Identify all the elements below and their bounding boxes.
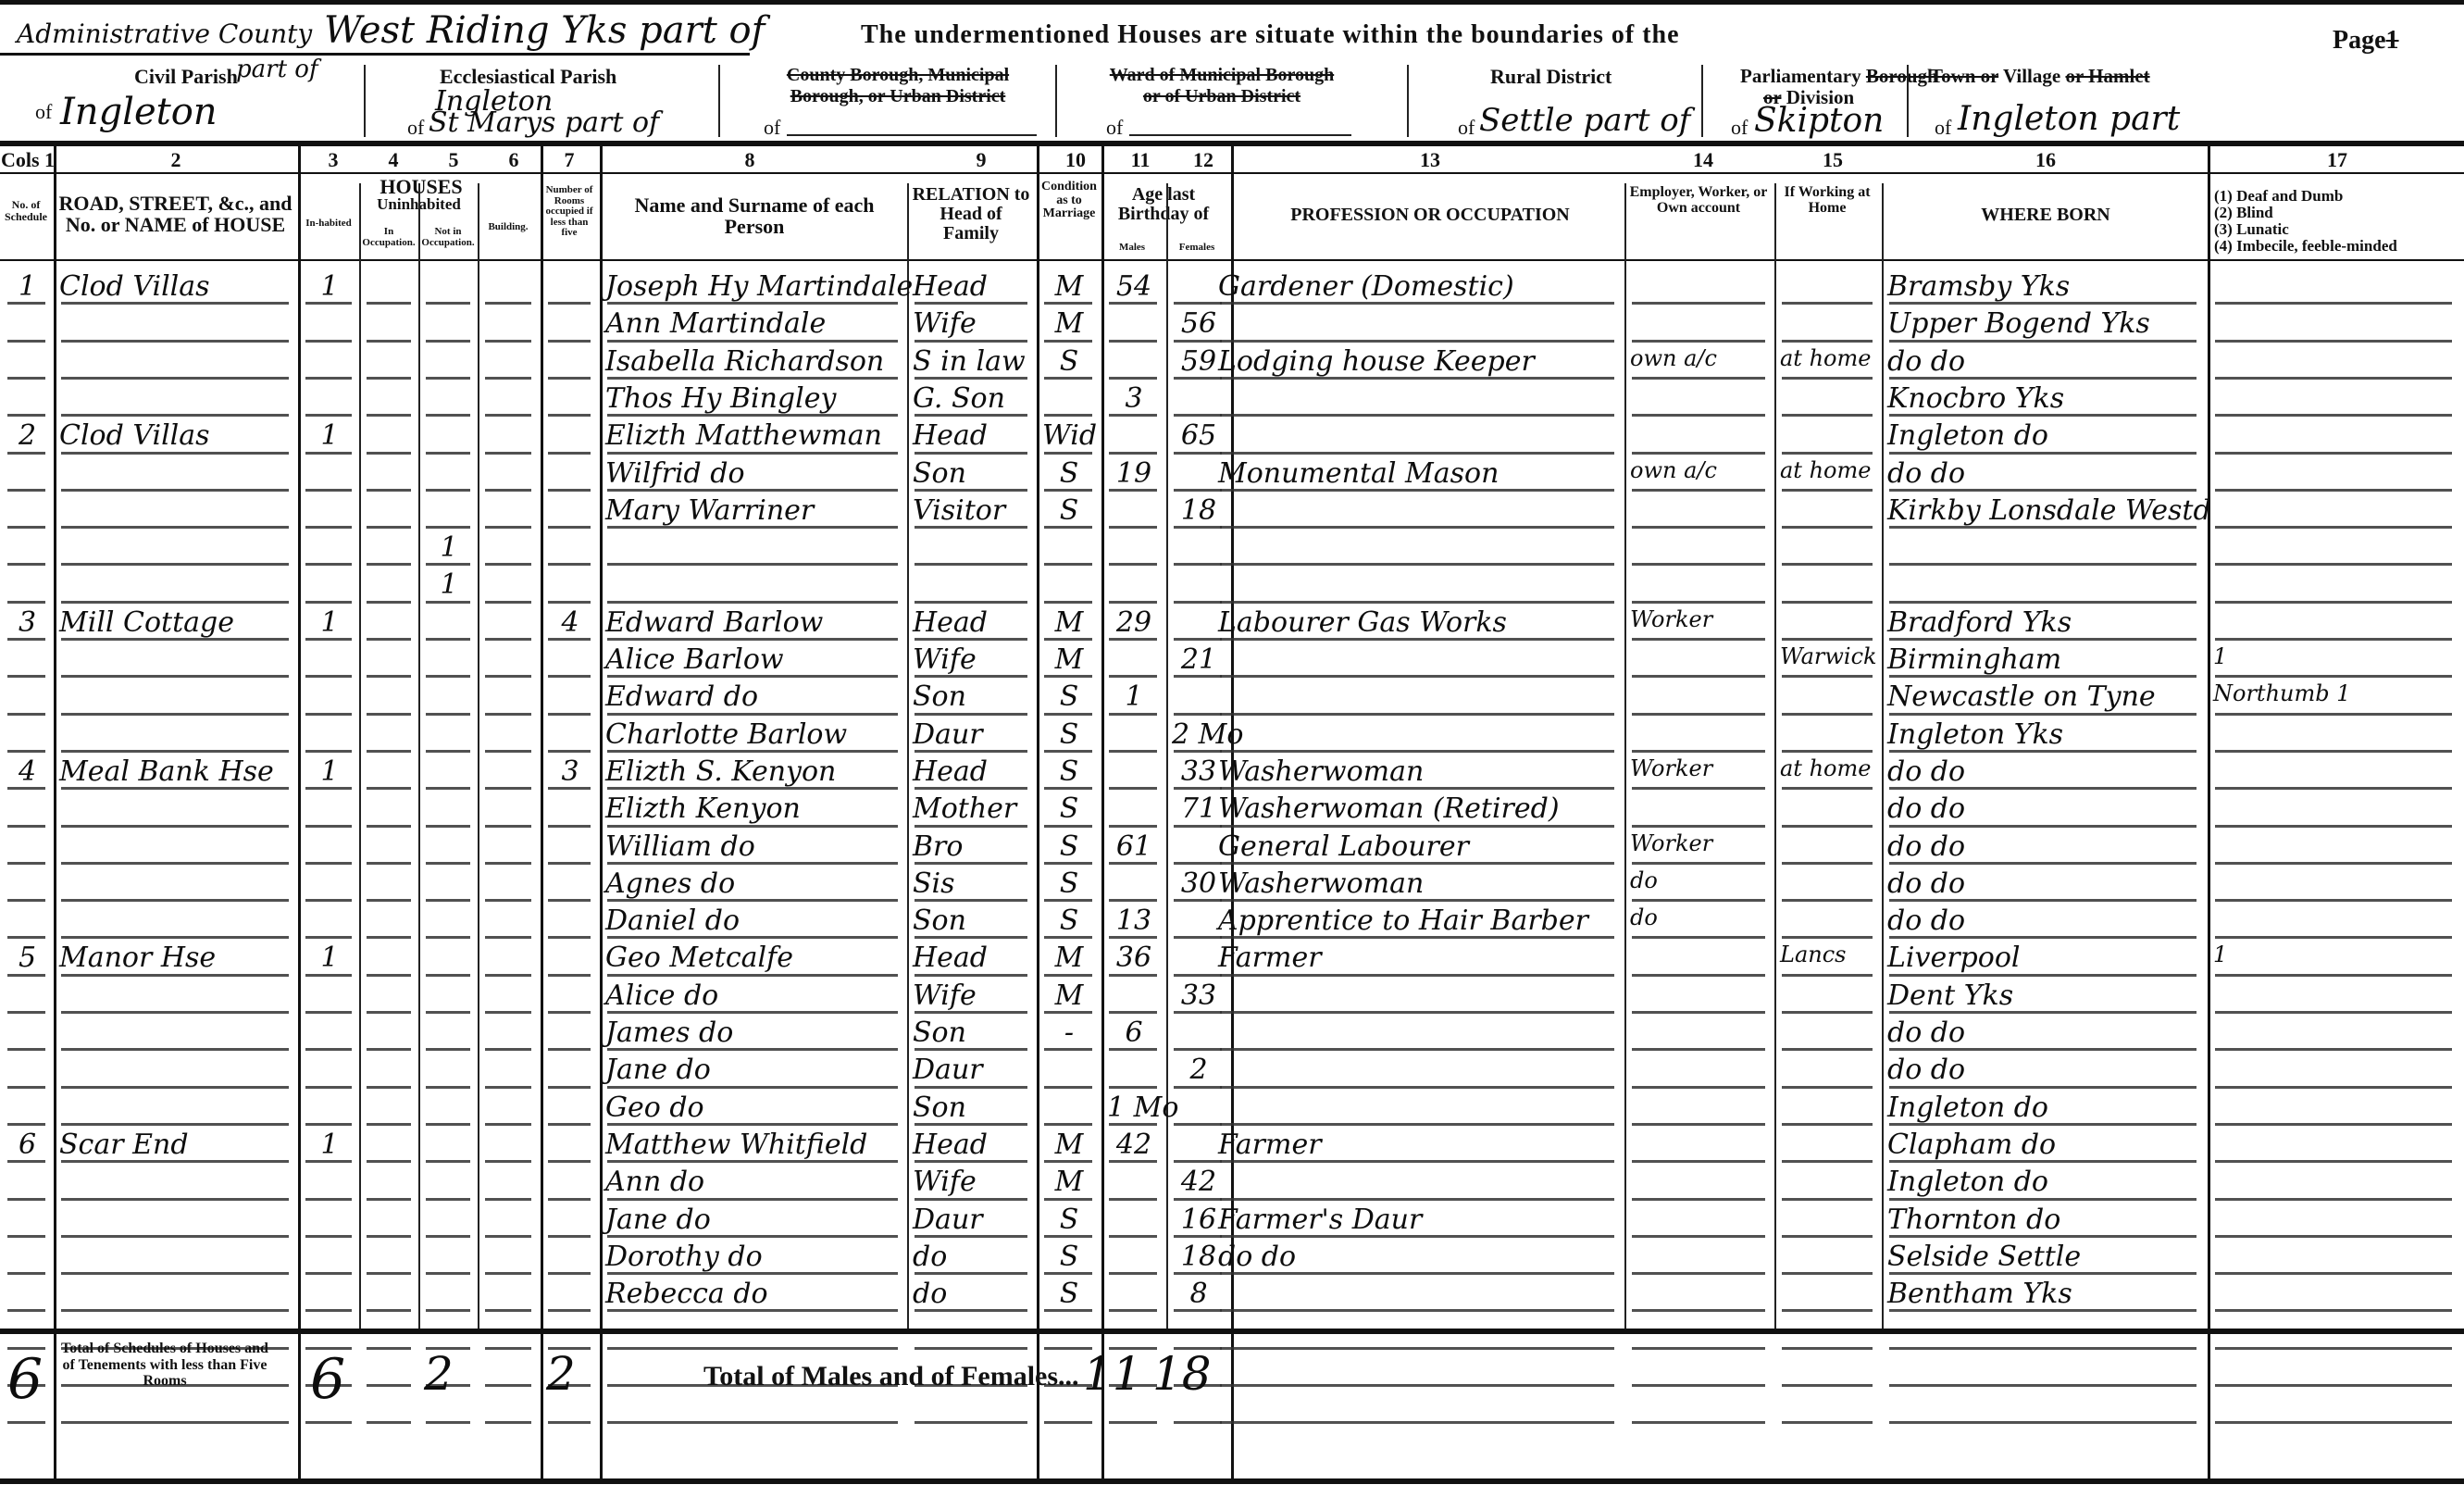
cell-born: do do [1887, 867, 1965, 900]
row-rule [2215, 489, 2452, 492]
row-rule [1044, 1235, 1092, 1238]
row-rule [1220, 1347, 1614, 1350]
row-rule [367, 452, 411, 455]
row-rule [1220, 1011, 1614, 1014]
cell-uninh-not: 1 [424, 568, 474, 601]
cell-employer: own a/c [1630, 457, 1717, 483]
cell-relation: Son [913, 1017, 966, 1049]
cell-condition: - [1042, 1017, 1096, 1049]
row-rule [7, 340, 45, 343]
row-rule [7, 1235, 45, 1238]
row-rule [367, 1086, 411, 1089]
cell-female-age: 33 [1172, 979, 1226, 1012]
cell-inhabited: 1 [304, 270, 355, 303]
cell-born: Ingleton do [1887, 1166, 2048, 1198]
row-rule [548, 825, 591, 828]
row-rule [367, 787, 411, 790]
row-rule [1044, 452, 1092, 455]
row-rule [61, 899, 289, 902]
row-rule [1889, 974, 2196, 977]
cell-condition: M [1042, 1166, 1096, 1198]
row-rule [61, 862, 289, 865]
column-number: Cols 1 [0, 148, 56, 172]
row-rule [1782, 936, 1873, 939]
row-rule [1044, 1011, 1092, 1014]
column-number: 6 [486, 148, 541, 172]
row-rule [305, 825, 352, 828]
row-rule [426, 899, 470, 902]
cell-name: Joseph Hy Martindale [605, 270, 902, 303]
row-rule [607, 526, 898, 529]
column-number: 17 [2309, 148, 2365, 172]
row-rule [548, 563, 591, 566]
cell-born: Ingleton do [1887, 1092, 2048, 1124]
cell-male-age: 6 [1107, 1017, 1161, 1049]
row-rule [1632, 638, 1765, 641]
row-rule [1174, 1086, 1222, 1089]
row-rule [485, 1309, 531, 1312]
cell-house: Meal Bank Hse [59, 755, 274, 788]
row-rule [1174, 1309, 1222, 1312]
cell-born: do do [1887, 345, 1965, 378]
column-number: 8 [722, 148, 778, 172]
row-rule [1889, 377, 2196, 380]
row-rule [2215, 899, 2452, 902]
column-rule [359, 183, 361, 1329]
row-rule [2215, 563, 2452, 566]
cell-born: Birmingham [1887, 643, 2061, 676]
cell-uninh-not: 1 [424, 531, 474, 564]
row-rule [1220, 563, 1614, 566]
row-rule [1889, 489, 2196, 492]
town-value: Ingleton part [1958, 100, 2180, 138]
column-number: 5 [426, 148, 481, 172]
column-rule [1037, 146, 1039, 1478]
row-rule [1632, 899, 1765, 902]
row-rule [61, 563, 289, 566]
row-rule [548, 302, 591, 305]
row-rule [1220, 936, 1614, 939]
row-rule [1174, 936, 1222, 939]
cell-condition: M [1042, 979, 1096, 1012]
row-rule [915, 563, 1027, 566]
cell-name: Ann Martindale [605, 307, 826, 340]
row-rule [1889, 563, 2196, 566]
cell-schedule: 6 [6, 1129, 49, 1161]
row-rule [1220, 713, 1614, 716]
row-rule [7, 862, 45, 865]
cell-relation: Bro [913, 830, 963, 863]
cell-inhabited: 1 [304, 755, 355, 788]
cell-occupation: Apprentice to Hair Barber [1218, 904, 1588, 937]
row-rule [607, 1160, 898, 1163]
row-rule [2215, 1272, 2452, 1275]
row-rule [1632, 340, 1765, 343]
row-rule [1220, 1086, 1614, 1089]
column-number: 10 [1048, 148, 1103, 172]
row-rule [305, 974, 352, 977]
cell-at-home: at home [1780, 457, 1871, 483]
row-rule [1109, 1011, 1157, 1014]
row-rule [1782, 1123, 1873, 1126]
cell-relation: Sis [913, 867, 955, 900]
row-rule [61, 377, 289, 380]
totals-label: Total of Schedules of Houses and of Tene… [54, 1341, 276, 1390]
row-rule [7, 526, 45, 529]
row-rule [7, 302, 45, 305]
cell-infirmity: Northumb 1 [2213, 680, 2351, 706]
row-rule [915, 526, 1027, 529]
row-rule [426, 452, 470, 455]
rural-district-of: of [1458, 116, 1475, 140]
row-rule [1174, 750, 1222, 753]
row-rule [61, 1123, 289, 1126]
row-rule [1044, 1421, 1092, 1424]
cell-schedule: 3 [6, 606, 49, 639]
row-rule [915, 1086, 1027, 1089]
row-rule [1632, 1384, 1765, 1387]
row-rule [1889, 936, 2196, 939]
row-rule [305, 601, 352, 604]
row-rule [1220, 1384, 1614, 1387]
divider [1701, 65, 1703, 137]
row-rule [485, 1272, 531, 1275]
column-rule [600, 146, 603, 1478]
cell-name: Jane do [605, 1204, 711, 1236]
row-rule [61, 1160, 289, 1163]
row-rule [305, 1048, 352, 1051]
column-number: 14 [1675, 148, 1731, 172]
row-rule [367, 1160, 411, 1163]
ward-label-2: or of Urban District [1083, 86, 1361, 107]
cell-relation: S in law [913, 345, 1026, 378]
row-rule [7, 936, 45, 939]
column-number: 9 [953, 148, 1009, 172]
cell-employer: own a/c [1630, 345, 1717, 371]
row-rule [548, 1421, 591, 1424]
row-rule [607, 1421, 898, 1424]
row-rule [485, 601, 531, 604]
divider [1407, 65, 1409, 137]
civil-parish-note: part of [236, 56, 318, 83]
row-rule [367, 1198, 411, 1201]
row-rule [305, 1160, 352, 1163]
row-rule [61, 825, 289, 828]
totals-persons-label: Total of Males and of Females... [703, 1361, 1079, 1392]
cell-relation: Head [913, 270, 988, 303]
row-rule [367, 899, 411, 902]
row-rule [305, 1198, 352, 1201]
row-rule [1174, 340, 1222, 343]
row-rule [1109, 563, 1157, 566]
row-rule [1174, 974, 1222, 977]
row-rule [2215, 1160, 2452, 1163]
row-rule [1889, 1421, 2196, 1424]
row-rule [2215, 787, 2452, 790]
column-number: 11 [1113, 148, 1168, 172]
cell-at-home: Warwick [1780, 643, 1876, 669]
row-rule [1220, 377, 1614, 380]
cell-name: Dorothy do [605, 1241, 763, 1273]
cell-relation: Wife [913, 1166, 977, 1198]
row-rule [1109, 862, 1157, 865]
page-value: 1 [2386, 26, 2399, 55]
row-rule [1044, 899, 1092, 902]
row-rule [1782, 414, 1873, 417]
cell-name: Elizth Matthewman [605, 419, 882, 452]
cell-condition: S [1042, 867, 1096, 900]
row-rule [61, 1421, 289, 1424]
row-rule [1782, 601, 1873, 604]
row-rule [1889, 825, 2196, 828]
row-rule [2215, 1421, 2452, 1424]
row-rule [2215, 638, 2452, 641]
row-rule [548, 1048, 591, 1051]
row-rule [7, 1123, 45, 1126]
row-rule [1782, 452, 1873, 455]
cell-condition: M [1042, 1129, 1096, 1161]
row-rule [61, 638, 289, 641]
row-rule [305, 1421, 352, 1424]
row-rule [1109, 1123, 1157, 1126]
row-rule [1782, 302, 1873, 305]
row-rule [1109, 302, 1157, 305]
header-condition: Condition as to Marriage [1039, 181, 1100, 221]
row-rule [1220, 825, 1614, 828]
row-rule [61, 936, 289, 939]
row-rule [915, 414, 1027, 417]
row-rule [607, 1235, 898, 1238]
row-rule [1889, 340, 2196, 343]
row-rule [1220, 1272, 1614, 1275]
row-rule [915, 713, 1027, 716]
row-rule [7, 825, 45, 828]
row-rule [305, 1011, 352, 1014]
row-rule [305, 302, 352, 305]
cell-inhabited: 1 [304, 606, 355, 639]
cell-name: Alice Barlow [605, 643, 784, 676]
cell-occupation: General Labourer [1218, 830, 1469, 863]
row-rule [607, 377, 898, 380]
row-rule [1044, 1048, 1092, 1051]
cell-condition: S [1042, 755, 1096, 788]
cell-condition: M [1042, 942, 1096, 974]
cell-male-age: 1 Mo [1107, 1092, 1161, 1124]
row-rule [548, 1309, 591, 1312]
county-borough-blank [787, 134, 1037, 136]
row-rule [1044, 787, 1092, 790]
row-rule [61, 675, 289, 678]
row-rule [1174, 899, 1222, 902]
row-rule [1782, 825, 1873, 828]
row-rule [1889, 1160, 2196, 1163]
row-rule [1109, 1272, 1157, 1275]
parliamentary-label-struck: Borough [1866, 65, 1938, 87]
row-rule [1889, 1384, 2196, 1387]
row-rule [305, 675, 352, 678]
row-rule [367, 1011, 411, 1014]
row-rule [607, 601, 898, 604]
cell-name: Alice do [605, 979, 718, 1012]
row-rule [1632, 1235, 1765, 1238]
totals-males: 11 [1083, 1347, 1142, 1401]
row-rule [915, 1235, 1027, 1238]
row-rule [607, 750, 898, 753]
row-rule [1632, 377, 1765, 380]
row-rule [2215, 414, 2452, 417]
cell-name: Ann do [605, 1166, 704, 1198]
row-rule [367, 750, 411, 753]
row-rule [426, 526, 470, 529]
row-rule [607, 825, 898, 828]
row-rule [1044, 414, 1092, 417]
row-rule [1174, 713, 1222, 716]
cell-name: Thos Hy Bingley [605, 382, 836, 415]
row-rule [1632, 1347, 1765, 1350]
row-rule [1782, 1198, 1873, 1201]
row-rule [7, 675, 45, 678]
row-rule [485, 862, 531, 865]
row-rule [1109, 638, 1157, 641]
cell-born: Bramsby Yks [1887, 270, 2070, 303]
row-rule [1632, 675, 1765, 678]
cell-male-age: 3 [1107, 382, 1161, 415]
cell-relation: Son [913, 457, 966, 490]
totals-inhabited: 6 [310, 1347, 345, 1412]
cell-name: Matthew Whitfield [605, 1129, 867, 1161]
cell-name: Elizth Kenyon [605, 792, 801, 825]
row-rule [367, 1123, 411, 1126]
column-rule [1166, 183, 1168, 1329]
row-rule [1220, 974, 1614, 977]
row-rule [1782, 675, 1873, 678]
cell-female-age: 65 [1172, 419, 1226, 452]
row-rule [1044, 526, 1092, 529]
row-rule [426, 1198, 470, 1201]
row-rule [1044, 1309, 1092, 1312]
row-rule [915, 787, 1027, 790]
row-rule [1632, 862, 1765, 865]
row-rule [7, 377, 45, 380]
cell-relation: G. Son [913, 382, 1005, 415]
cell-born: Dent Yks [1887, 979, 2013, 1012]
civil-parish-of: of [35, 100, 52, 124]
row-rule [7, 563, 45, 566]
row-rule [548, 974, 591, 977]
header-not-in-occupation: Not in Occupation. [420, 227, 476, 248]
row-rule [305, 638, 352, 641]
row-rule [1174, 563, 1222, 566]
row-rule [2215, 750, 2452, 753]
row-rule [915, 899, 1027, 902]
row-rule [2215, 974, 2452, 977]
row-rule [607, 414, 898, 417]
column-rule [541, 146, 543, 1478]
row-rule [1109, 1235, 1157, 1238]
cell-condition: S [1042, 680, 1096, 713]
row-rule [485, 526, 531, 529]
row-rule [1889, 1011, 2196, 1014]
row-rule [915, 750, 1027, 753]
ward-blank [1129, 134, 1351, 136]
row-rule [485, 302, 531, 305]
row-rule [1889, 601, 2196, 604]
row-rule [1782, 899, 1873, 902]
row-rule [1889, 1086, 2196, 1089]
row-rule [7, 1421, 45, 1424]
town-label: Town or Village or Hamlet [1930, 65, 2150, 88]
row-rule [485, 1384, 531, 1387]
row-rule [367, 713, 411, 716]
row-rule [607, 1309, 898, 1312]
row-rule [1174, 414, 1222, 417]
row-rule [915, 377, 1027, 380]
row-rule [1632, 489, 1765, 492]
row-rule [1174, 526, 1222, 529]
row-rule [1782, 526, 1873, 529]
cell-male-age: 36 [1107, 942, 1161, 974]
row-rule [1044, 974, 1092, 977]
parliamentary-value: Skipton [1754, 102, 1884, 140]
row-rule [915, 1123, 1027, 1126]
row-rule [607, 713, 898, 716]
row-rule [1044, 675, 1092, 678]
header-rooms: Number of Rooms occupied if less than fi… [542, 185, 596, 239]
row-rule [1174, 452, 1222, 455]
row-rule [2215, 1123, 2452, 1126]
row-rule [607, 563, 898, 566]
row-rule [2215, 1384, 2452, 1387]
row-rule [1782, 787, 1873, 790]
cell-schedule: 2 [6, 419, 49, 452]
bottom-rule [0, 1478, 2464, 1484]
row-rule [1174, 825, 1222, 828]
row-rule [915, 302, 1027, 305]
cell-at-home: Lancs [1780, 942, 1846, 967]
cell-house: Manor Hse [59, 942, 216, 974]
row-rule [485, 638, 531, 641]
row-rule [426, 377, 470, 380]
row-rule [61, 787, 289, 790]
row-rule [1782, 1421, 1873, 1424]
row-rule [1782, 1011, 1873, 1014]
cell-employer: Worker [1630, 755, 1712, 781]
row-rule [607, 1272, 898, 1275]
row-rule [1109, 377, 1157, 380]
cell-condition: S [1042, 904, 1096, 937]
row-rule [548, 1272, 591, 1275]
row-rule [367, 1048, 411, 1051]
cell-rooms: 4 [546, 606, 594, 639]
row-rule [426, 1272, 470, 1275]
row-rule [1044, 340, 1092, 343]
row-rule [1782, 974, 1873, 977]
row-rule [1174, 862, 1222, 865]
row-rule [7, 713, 45, 716]
cell-name: Agnes do [605, 867, 735, 900]
cell-born: Bradford Yks [1887, 606, 2072, 639]
row-rule [367, 675, 411, 678]
row-rule [426, 1309, 470, 1312]
column-number: 7 [541, 148, 597, 172]
cell-male-age: 61 [1107, 830, 1161, 863]
cell-male-age: 19 [1107, 457, 1161, 490]
row-rule [607, 1048, 898, 1051]
column-number: 4 [366, 148, 421, 172]
row-rule [1889, 750, 2196, 753]
row-rule [305, 489, 352, 492]
header-infirmity-1: (1) Deaf and Dumb [2214, 187, 2343, 206]
